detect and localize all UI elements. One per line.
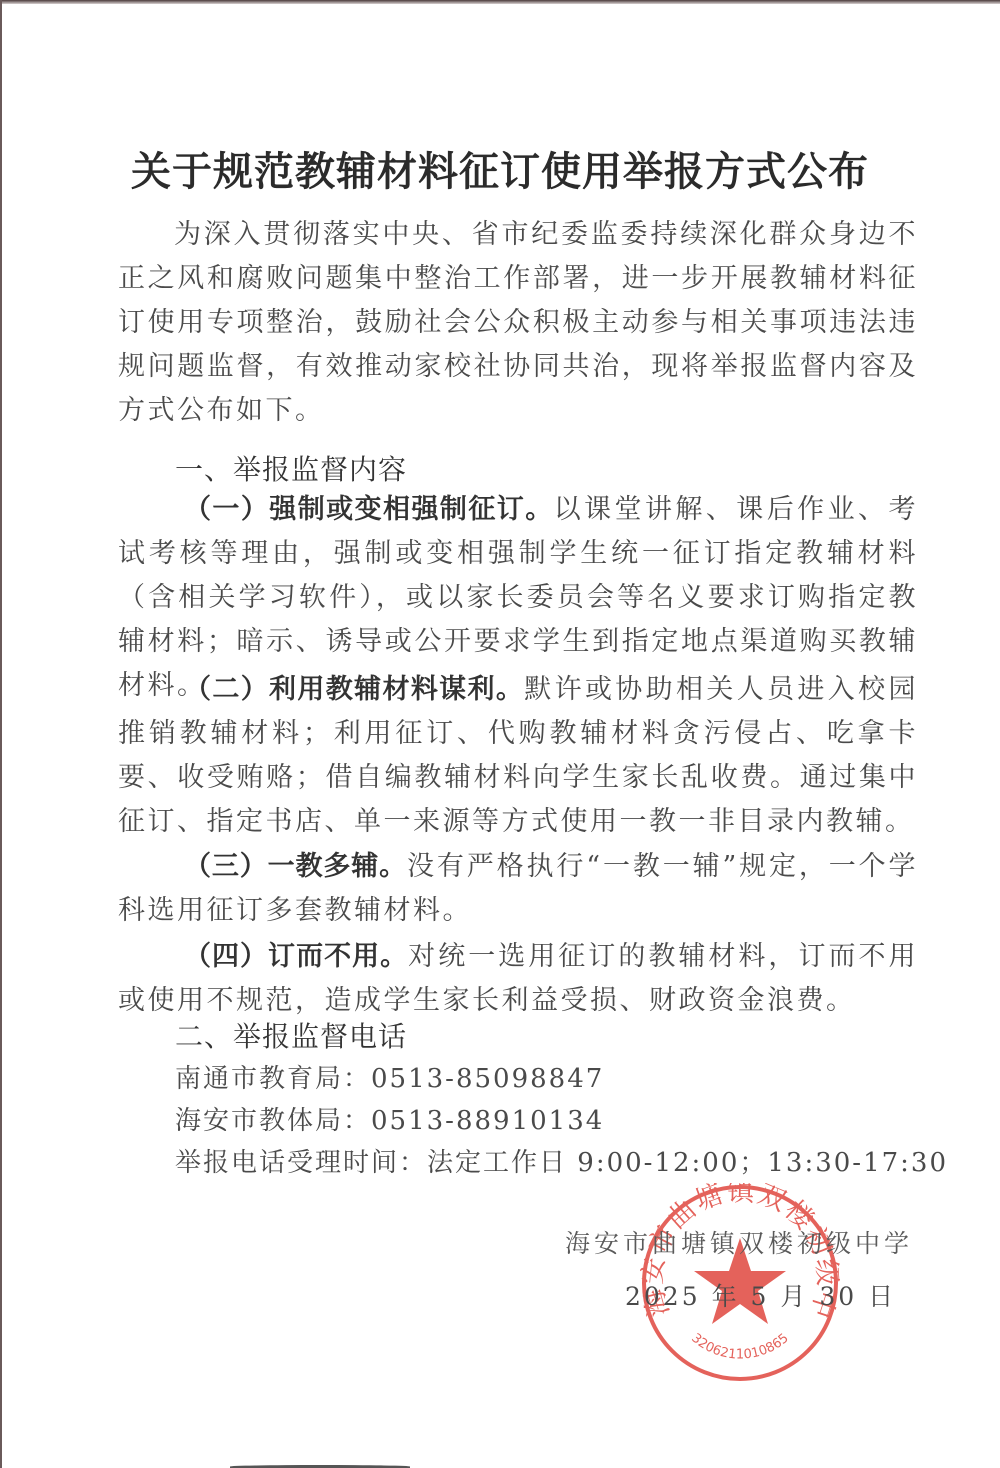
- document-title: 关于规范教辅材料征订使用举报方式公布: [0, 140, 1000, 197]
- svg-text:3206211010865: 3206211010865: [688, 1331, 791, 1363]
- section-heading-report-phone: 二、举报监督电话: [175, 1015, 407, 1055]
- contact-haian: 海安市教体局：0513-88910134: [175, 1100, 604, 1137]
- signature-date: 2025 年 5 月 30 日: [625, 1277, 896, 1313]
- report-item-2: （二）利用教辅材料谋利。默许或协助相关人员进入校园推销教辅材料；利用征订、代购教…: [118, 668, 918, 844]
- signature-org: 海安市曲塘镇双楼初级中学: [565, 1224, 913, 1260]
- intro-paragraph: 为深入贯彻落实中央、省市纪委监委持续深化群众身边不正之风和腐败问题集中整治工作部…: [118, 213, 918, 433]
- paper-left-edge: [0, 0, 2, 1468]
- contact-label: 海安市教体局：: [175, 1106, 371, 1136]
- contact-label: 南通市教育局：: [175, 1064, 371, 1094]
- item-lead: （二）利用教辅材料谋利。: [184, 674, 524, 705]
- item-lead: （三）一教多辅。: [184, 851, 407, 882]
- contact-phone: 0513-85098847: [371, 1064, 604, 1094]
- paper-top-edge: [0, 0, 1000, 4]
- contact-phone: 0513-88910134: [371, 1106, 604, 1136]
- hours-value: 法定工作日 9:00-12:00；13:30-17:30: [427, 1148, 948, 1178]
- item-lead: （一）强制或变相强制征订。: [184, 494, 554, 525]
- report-item-3: （三）一教多辅。没有严格执行“一教一辅”规定，一个学科选用征订多套教辅材料。: [118, 845, 918, 933]
- seal-code: 3206211010865: [688, 1331, 791, 1363]
- report-item-4: （四）订而不用。对统一选用征订的教辅材料，订而不用或使用不规范，造成学生家长利益…: [118, 935, 918, 1023]
- hours-label: 举报电话受理时间：: [175, 1148, 427, 1178]
- item-lead: （四）订而不用。: [184, 941, 408, 972]
- section-heading-report-content: 一、举报监督内容: [175, 448, 407, 488]
- report-hours: 举报电话受理时间：法定工作日 9:00-12:00；13:30-17:30: [175, 1142, 948, 1179]
- contact-nantong: 南通市教育局：0513-85098847: [175, 1058, 604, 1095]
